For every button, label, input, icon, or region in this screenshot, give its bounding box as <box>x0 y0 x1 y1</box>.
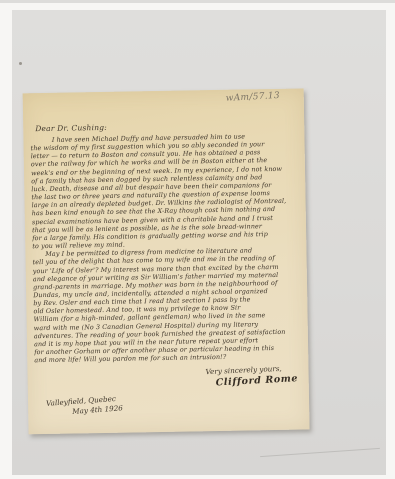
letter-paper: wAm/57.13 Dear Dr. Cushing: I have seen … <box>23 88 310 434</box>
archive-reference: wAm/57.13 <box>225 91 280 104</box>
letter-body: I have seen Michael Duffy and have persu… <box>30 132 300 365</box>
dust-speck <box>19 62 22 65</box>
mat-crease <box>260 448 380 457</box>
scan-top-edge <box>0 0 395 3</box>
signature: Clifford Rome <box>215 373 298 388</box>
album-mat: wAm/57.13 Dear Dr. Cushing: I have seen … <box>12 10 386 475</box>
salutation: Dear Dr. Cushing: <box>35 123 107 133</box>
